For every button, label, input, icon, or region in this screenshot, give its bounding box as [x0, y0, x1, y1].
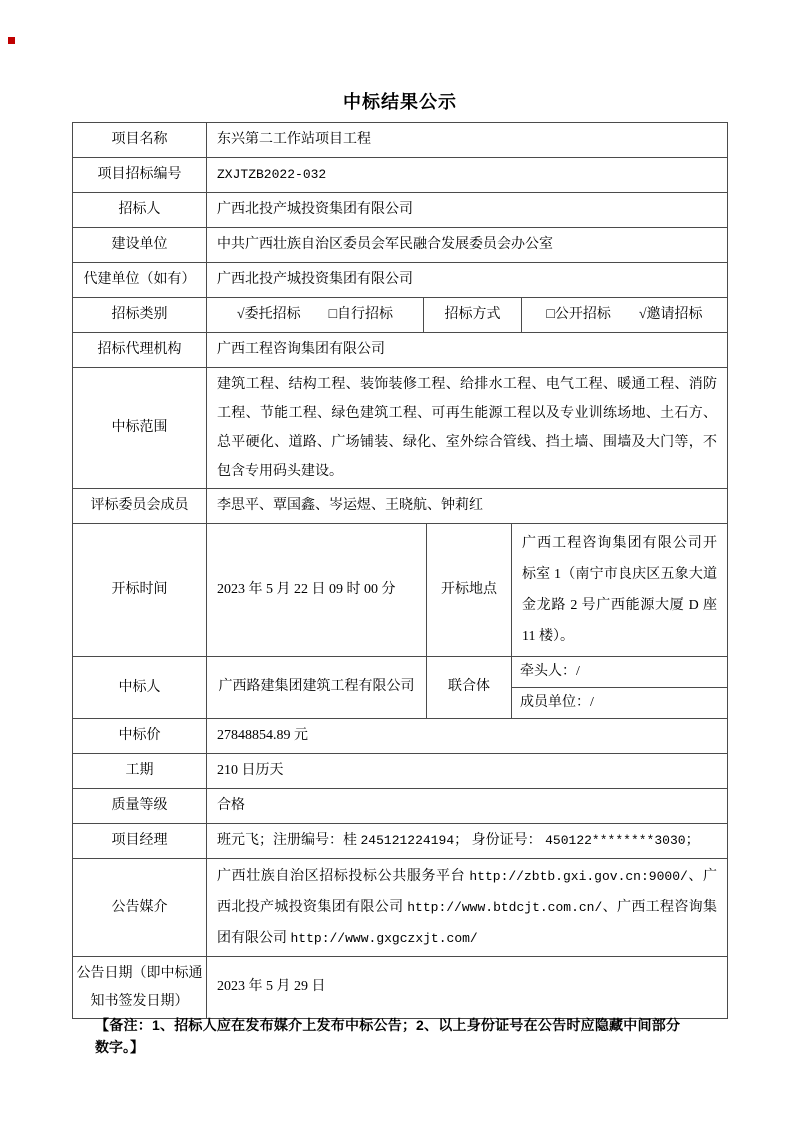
- table-row-quality-grade: 质量等级 合格: [73, 788, 727, 823]
- value-agent-construction-unit: 广西北投产城投资集团有限公司: [206, 263, 727, 297]
- table-row-award-price: 中标价 27848854.89 元: [73, 718, 727, 753]
- table-row-project-manager: 项目经理 班元飞；注册编号：桂 245121224194； 身份证号： 4501…: [73, 823, 727, 858]
- table-row-construction-unit: 建设单位 中共广西壮族自治区委员会军民融合发展委员会办公室: [73, 227, 727, 262]
- label-tender-category: 招标类别: [73, 298, 206, 332]
- project-manager-text: 班元飞；注册编号：桂 245121224194； 身份证号： 450122***…: [217, 831, 700, 851]
- red-marker-dot: [8, 37, 15, 44]
- value-duration: 210 日历天: [206, 754, 727, 788]
- table-row-winner: 中标人 广西路建集团建筑工程有限公司 联合体 牵头人：/ 成员单位：/: [73, 656, 727, 718]
- announcement-media-text: 广西壮族自治区招标投标公共服务平台 http://zbtb.gxi.gov.cn…: [217, 861, 717, 954]
- pm-reg-no: 245121224194: [361, 833, 455, 848]
- table-row-tenderer: 招标人 广西北投产城投资集团有限公司: [73, 192, 727, 227]
- value-consortium: 牵头人：/ 成员单位：/: [511, 657, 727, 718]
- value-quality-grade: 合格: [206, 789, 727, 823]
- table-row-evaluation-committee: 评标委员会成员 李思平、覃国鑫、岑运煜、王晓航、钟莉红: [73, 488, 727, 523]
- media-part: 广西壮族自治区招标投标公共服务平台: [217, 869, 469, 884]
- label-evaluation-committee: 评标委员会成员: [73, 489, 206, 523]
- label-bid-opening-time: 开标时间: [73, 524, 206, 656]
- bid-opening-place-text: 广西工程咨询集团有限公司开标室 1（南宁市良庆区五象大道金龙路 2 号广西能源大…: [522, 528, 717, 652]
- table-row-duration: 工期 210 日历天: [73, 753, 727, 788]
- table-row-agent-construction-unit: 代建单位（如有） 广西北投产城投资集团有限公司: [73, 262, 727, 297]
- media-url-3: http://www.gxgczxjt.com/: [291, 931, 478, 946]
- label-agent-construction-unit: 代建单位（如有）: [73, 263, 206, 297]
- value-tender-method: □公开招标 √邀请招标: [521, 298, 727, 332]
- table-row-tender-category: 招标类别 √委托招标 □自行招标 招标方式 □公开招标 √邀请招标: [73, 297, 727, 332]
- value-announcement-media: 广西壮族自治区招标投标公共服务平台 http://zbtb.gxi.gov.cn…: [206, 859, 727, 956]
- value-evaluation-committee: 李思平、覃国鑫、岑运煜、王晓航、钟莉红: [206, 489, 727, 523]
- table-row-project-name: 项目名称 东兴第二工作站项目工程: [73, 123, 727, 157]
- bid-result-table: 项目名称 东兴第二工作站项目工程 项目招标编号 ZXJTZB2022-032 招…: [72, 122, 728, 1019]
- value-tender-agency: 广西工程咨询集团有限公司: [206, 333, 727, 367]
- value-project-name: 东兴第二工作站项目工程: [206, 123, 727, 157]
- value-winner: 广西路建集团建筑工程有限公司: [206, 657, 426, 718]
- media-url-1: http://zbtb.gxi.gov.cn:9000/: [469, 869, 687, 884]
- table-row-bid-opening: 开标时间 2023 年 5 月 22 日 09 时 00 分 开标地点 广西工程…: [73, 523, 727, 656]
- label-project-name: 项目名称: [73, 123, 206, 157]
- value-announcement-date: 2023 年 5 月 29 日: [206, 957, 727, 1018]
- value-bid-opening-place: 广西工程咨询集团有限公司开标室 1（南宁市良庆区五象大道金龙路 2 号广西能源大…: [511, 524, 727, 656]
- table-row-award-scope: 中标范围 建筑工程、结构工程、装饰装修工程、给排水工程、电气工程、暖通工程、消防…: [73, 367, 727, 488]
- document-page: 中标结果公示 项目名称 东兴第二工作站项目工程 项目招标编号 ZXJTZB202…: [0, 0, 800, 1131]
- table-row-tender-no: 项目招标编号 ZXJTZB2022-032: [73, 157, 727, 192]
- label-tenderer: 招标人: [73, 193, 206, 227]
- table-row-announcement-date: 公告日期（即中标通知书签发日期） 2023 年 5 月 29 日: [73, 956, 727, 1018]
- label-award-scope: 中标范围: [73, 368, 206, 488]
- bid-opening-time-text: 2023 年 5 月 22 日 09 时 00 分: [207, 580, 406, 600]
- label-bid-opening-place: 开标地点: [426, 524, 511, 656]
- media-url-2: http://www.btdcjt.com.cn/: [407, 900, 602, 915]
- table-row-tender-agency: 招标代理机构 广西工程咨询集团有限公司: [73, 332, 727, 367]
- consortium-members: 成员单位：/: [512, 687, 727, 718]
- label-project-manager: 项目经理: [73, 824, 206, 858]
- pm-id-no: 450122********3030: [545, 833, 685, 848]
- label-announcement-media: 公告媒介: [73, 859, 206, 956]
- pm-part: ；: [686, 833, 700, 848]
- value-tenderer: 广西北投产城投资集团有限公司: [206, 193, 727, 227]
- label-consortium: 联合体: [426, 657, 511, 718]
- pm-part: 班元飞；注册编号：桂: [217, 833, 361, 848]
- label-construction-unit: 建设单位: [73, 228, 206, 262]
- award-scope-text: 建筑工程、结构工程、装饰装修工程、给排水工程、电气工程、暖通工程、消防工程、节能…: [217, 370, 717, 486]
- label-quality-grade: 质量等级: [73, 789, 206, 823]
- value-project-manager: 班元飞；注册编号：桂 245121224194； 身份证号： 450122***…: [206, 824, 727, 858]
- label-tender-method: 招标方式: [423, 298, 521, 332]
- table-row-announcement-media: 公告媒介 广西壮族自治区招标投标公共服务平台 http://zbtb.gxi.g…: [73, 858, 727, 956]
- label-tender-no: 项目招标编号: [73, 158, 206, 192]
- value-bid-opening-time: 2023 年 5 月 22 日 09 时 00 分: [206, 524, 426, 656]
- value-award-price: 27848854.89 元: [206, 719, 727, 753]
- page-title: 中标结果公示: [0, 88, 800, 114]
- value-tender-no: ZXJTZB2022-032: [206, 158, 727, 192]
- label-award-price: 中标价: [73, 719, 206, 753]
- consortium-leader: 牵头人：/: [512, 657, 727, 687]
- footer-note: 【备注：1、招标人应在发布媒介上发布中标公告；2、以上身份证号在公告时应隐藏中间…: [95, 1014, 680, 1058]
- label-announcement-date: 公告日期（即中标通知书签发日期）: [73, 957, 206, 1018]
- label-duration: 工期: [73, 754, 206, 788]
- value-construction-unit: 中共广西壮族自治区委员会军民融合发展委员会办公室: [206, 228, 727, 262]
- value-award-scope: 建筑工程、结构工程、装饰装修工程、给排水工程、电气工程、暖通工程、消防工程、节能…: [206, 368, 727, 488]
- label-tender-agency: 招标代理机构: [73, 333, 206, 367]
- pm-part: ； 身份证号：: [454, 833, 545, 848]
- value-tender-category: √委托招标 □自行招标: [206, 298, 423, 332]
- label-winner: 中标人: [73, 657, 206, 718]
